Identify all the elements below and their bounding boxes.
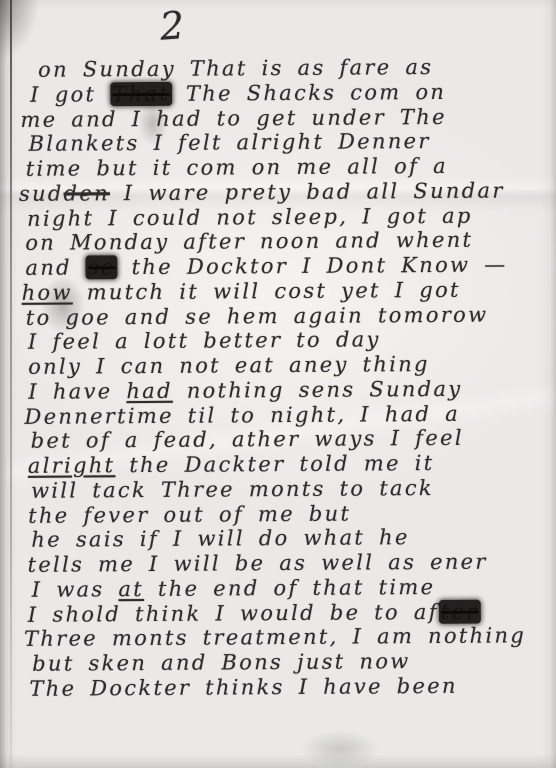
- handwriting-segment-blot: se: [86, 255, 118, 279]
- handwriting-segment-strike: den: [64, 181, 110, 205]
- handwriting-segment: the end of that time: [144, 575, 435, 601]
- handwriting-segment: me and I had to get under The: [20, 104, 447, 131]
- handwriting-line: he sais if I will do what he: [3, 524, 556, 553]
- handwriting-line: on Monday after noon and whent: [1, 227, 556, 256]
- handwriting-segment: I ware prety bad all Sundar: [110, 178, 505, 205]
- handwriting-line: I have had nothing sens Sunday: [2, 376, 556, 405]
- handwriting-segment: the fever out of me but: [28, 501, 351, 527]
- handwriting-segment: and: [25, 255, 86, 279]
- handwriting-line: and se the Docktor I Dont Know —: [1, 252, 556, 281]
- handwriting-segment: time but it com on me all of a: [26, 154, 448, 181]
- handwriting-segment: to goe and se hem again tomorow: [26, 302, 489, 329]
- handwriting-segment: The Shacks com on: [172, 80, 446, 106]
- handwriting-segment-underline: at: [118, 577, 144, 601]
- handwriting-segment: Blankets I felt alright Denner: [29, 129, 431, 156]
- handwriting-segment: sud: [19, 181, 64, 205]
- handwriting-segment: on Monday after noon and whent: [25, 228, 473, 255]
- handwriting-line: I feel a lott better to day: [2, 326, 556, 355]
- page-number: 2: [158, 3, 185, 49]
- paper-smudge: [300, 730, 380, 768]
- handwriting-segment: tells me I will be as well as ener: [27, 550, 487, 577]
- handwriting-line: Three monts treatment, I am nothing: [4, 623, 556, 652]
- handwriting-line: but sken and Bons just now: [4, 648, 556, 677]
- handwriting-line: Blankets I felt alright Denner: [1, 128, 556, 157]
- handwriting-segment-underline: alright: [28, 453, 116, 478]
- handwriting-segment: only I can not eat aney thing: [28, 352, 430, 379]
- handwriting-line: how mutch it will cost yet I got: [2, 277, 556, 306]
- handwriting-line: I was at the end of that time: [4, 574, 556, 603]
- handwriting-segment-blot: ter: [439, 599, 481, 623]
- handwriting-line: bet of a fead, ather ways I feel: [3, 425, 556, 454]
- handwriting-line: tells me I will be as well as ener: [3, 549, 556, 578]
- handwriting-line: night I could not sleep, I got ap: [1, 203, 556, 232]
- handwriting-segment-underline: how: [22, 280, 73, 304]
- handwriting-segment: I shold think I would be to af: [28, 599, 439, 626]
- handwriting-line: will tack Three monts to tack: [3, 475, 556, 504]
- handwriting-line: to goe and se hem again tomorow: [2, 302, 556, 331]
- handwriting-segment: I feel a lott better to day: [28, 328, 381, 354]
- handwriting-segment-blot: That: [110, 82, 172, 106]
- handwriting-line: the fever out of me but: [3, 500, 556, 529]
- handwriting-segment: he sais if I will do what he: [31, 525, 409, 552]
- handwriting-line: I shold think I would be to after: [4, 599, 556, 628]
- handwriting-segment: but sken and Bons just now: [32, 649, 410, 676]
- handwriting-line: Dennertime til to night, I had a: [2, 401, 556, 430]
- handwriting-segment: mutch it will cost yet I got: [73, 278, 461, 305]
- handwriting-segment: the Docktor I Dont Know —: [118, 252, 508, 279]
- handwriting-segment: Dennertime til to night, I had a: [24, 401, 460, 428]
- handwriting-segment: night I could not sleep, I got ap: [27, 203, 473, 230]
- handwriting-line: sudden I ware prety bad all Sundar: [1, 178, 556, 207]
- handwriting-line: The Dockter thinks I have been: [4, 673, 556, 702]
- handwriting-segment: I got: [30, 82, 110, 107]
- handwriting-segment: Three monts treatment, I am nothing: [24, 624, 526, 652]
- handwriting-segment: bet of a fead, ather ways I feel: [31, 426, 464, 453]
- handwriting-segment: I have: [28, 379, 126, 404]
- handwriting-segment: The Dockter thinks I have been: [29, 674, 458, 701]
- handwriting-segment: nothing sens Sunday: [173, 377, 463, 403]
- handwriting-line: only I can not eat aney thing: [2, 351, 556, 380]
- handwriting-segment: I was: [32, 577, 119, 602]
- handwriting-segment-underline: had: [126, 379, 173, 403]
- scan-corner-shadow: [0, 0, 40, 60]
- scanned-letter-page: 2 on Sunday That is as fare asI got That…: [0, 0, 556, 768]
- handwriting-line: alright the Dackter told me it: [3, 450, 556, 479]
- handwriting-segment: the Dackter told me it: [115, 451, 434, 477]
- letter-lines: on Sunday That is as fare asI got That T…: [0, 54, 556, 701]
- handwriting-line: time but it com on me all of a: [1, 153, 556, 182]
- handwriting-segment: will tack Three monts to tack: [31, 476, 434, 503]
- handwriting-segment: on Sunday That is as fare as: [38, 55, 433, 82]
